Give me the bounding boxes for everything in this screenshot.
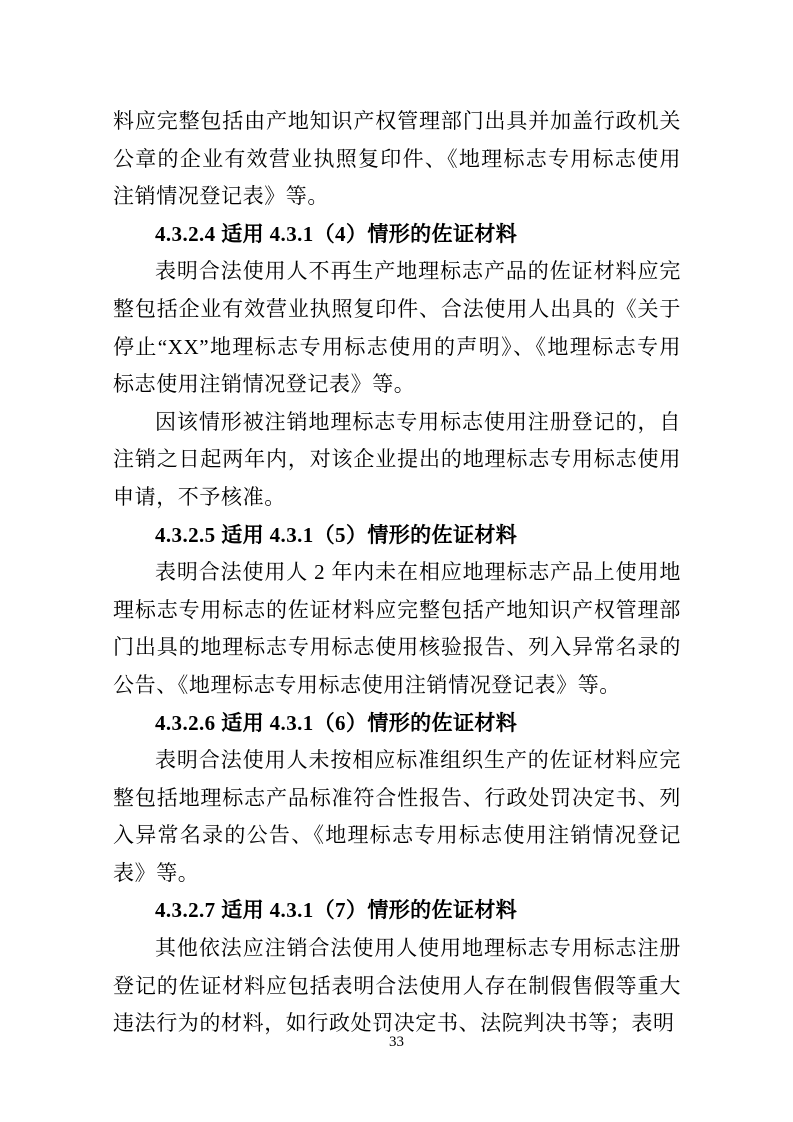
paragraph: 表明合法使用人未按相应标准组织生产的佐证材料应完整包括地理标志产品标准符合性报告…	[113, 742, 681, 892]
paragraph: 表明合法使用人 2 年内未在相应地理标志产品上使用地理标志专用标志的佐证材料应完…	[113, 554, 681, 704]
paragraph: 表明合法使用人不再生产地理标志产品的佐证材料应完整包括企业有效营业执照复印件、合…	[113, 253, 681, 403]
section-heading-4326: 4.3.2.6 适用 4.3.1（6）情形的佐证材料	[113, 705, 681, 743]
section-heading-4324: 4.3.2.4 适用 4.3.1（4）情形的佐证材料	[113, 216, 681, 254]
document-text-area: 料应完整包括由产地知识产权管理部门出具并加盖行政机关公章的企业有效营业执照复印件…	[113, 103, 681, 1043]
section-heading-4327: 4.3.2.7 适用 4.3.1（7）情形的佐证材料	[113, 892, 681, 930]
document-page: 料应完整包括由产地知识产权管理部门出具并加盖行政机关公章的企业有效营业执照复印件…	[0, 0, 793, 1122]
page-number: 33	[0, 1031, 793, 1053]
paragraph: 料应完整包括由产地知识产权管理部门出具并加盖行政机关公章的企业有效营业执照复印件…	[113, 103, 681, 216]
paragraph: 其他依法应注销合法使用人使用地理标志专用标志注册登记的佐证材料应包括表明合法使用…	[113, 930, 681, 1043]
paragraph: 因该情形被注销地理标志专用标志使用注册登记的，自注销之日起两年内，对该企业提出的…	[113, 404, 681, 517]
section-heading-4325: 4.3.2.5 适用 4.3.1（5）情形的佐证材料	[113, 517, 681, 555]
